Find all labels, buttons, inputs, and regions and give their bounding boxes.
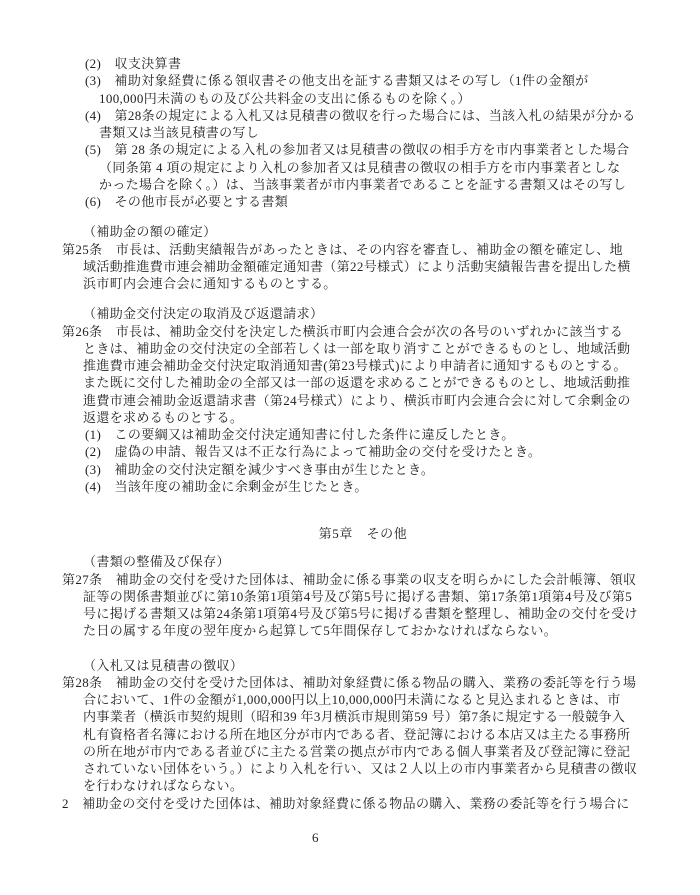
list-item-continuation: かった場合を除く。）は、当該事業者が市内事業者であることを証する書類又はその写し [99, 176, 642, 193]
spacer [62, 542, 642, 553]
section-caption: （補助金交付決定の取消及び返還請求） [83, 305, 642, 322]
section-caption: （補助金の額の確定） [83, 223, 642, 240]
article-continuation: 推進費市連会補助金交付決定取消通知書(第23号様式)により申請者に通知するものと… [83, 357, 642, 374]
article-continuation: 合において、1件の金額が1,000,000円以上10,000,000円未満になる… [83, 691, 642, 708]
spacer [62, 640, 642, 657]
article-continuation: 内事業者（横浜市契約規則（昭和39 年3月横浜市規則第59 号）第7条に規定する… [83, 708, 642, 725]
list-item-continuation: 100,000円未満のもの及び公共料金の支出に係るものを除く。） [99, 90, 642, 107]
list-item: (4) 第28条の規定による入札又は見積書の徴収を行った場合には、当該入札の結果… [85, 107, 642, 124]
list-item: (2) 虚偽の申請、報告又は不正な行為によって補助金の交付を受けたとき。 [85, 443, 642, 460]
article-continuation: 域活動推進費市連会補助金額確定通知書（第22号様式）により活動実績報告書を提出し… [83, 258, 642, 275]
article-continuation: た日の属する年度の翌年度から起算して5年間保存しておかなければならない。 [83, 622, 642, 639]
list-item: (3) 補助金の交付決定額を減少すべき事由が生じたとき。 [85, 461, 642, 478]
article-continuation: ときは、補助金の交付決定の全部若しくは一部を取り消すことができるものとし、地域活… [83, 340, 642, 357]
article-continuation: また既に交付した補助金の全部又は一部の返還を求めることができるものとし、地域活動… [83, 374, 642, 391]
list-item-continuation: （同条第 4 項の規定により入札の参加者又は見積書の徴収の相手方を市内事業者とし… [99, 159, 642, 176]
list-item: (1) この要綱又は補助金交付決定通知書に付した条件に違反したとき。 [85, 426, 642, 443]
spacer [62, 495, 642, 525]
spacer [62, 210, 642, 223]
document-page: (2) 収支決算書 (3) 補助対象経費に係る領収書その他支出を証する書類又はそ… [0, 0, 700, 895]
article-continuation: 号に掲げる書類又は第24条第1項第4号及び第5号に掲げる書類を整理し、補助金の交… [83, 605, 642, 622]
list-item: (2) 収支決算書 [85, 55, 642, 72]
article-line: 第27条 補助金の交付を受けた団体は、補助金に係る事業の収支を明らかにした会計帳… [62, 571, 642, 588]
list-item: (3) 補助対象経費に係る領収書その他支出を証する書類又はその写し（1件の金額が [85, 72, 642, 89]
spacer [62, 292, 642, 305]
list-item-continuation: 書類又は当該見積書の写し [99, 124, 642, 141]
article-line: 第26条 市長は、補助金交付を決定した横浜市町内会連合会が次の各号のいずれかに該… [62, 323, 642, 340]
article-continuation: 返還を求めるものとする。 [83, 409, 642, 426]
article-continuation: の所在地が市内である者並びに主たる営業の拠点が市内である個人事業者及び登記簿に登… [83, 743, 642, 760]
article-continuation: を行わなければならない。 [83, 777, 642, 794]
page-number: 6 [312, 830, 319, 846]
section-caption: （入札又は見積書の徴収） [83, 657, 642, 674]
article-continuation: 証等の関係書類並びに第10条第1項第4号及び第5号に掲げる書類、第17条第1項第… [83, 588, 642, 605]
chapter-heading: 第5章 その他 [62, 525, 642, 542]
article-continuation: されていない団体をいう。）により入札を行い、又は２人以上の市内事業者から見積書の… [83, 760, 642, 777]
article-continuation: 進費市連会補助金返還請求書（第24号様式）により、横浜市町内会連合会に対して余剰… [83, 392, 642, 409]
list-item: (5) 第 28 条の規定による入札の参加者又は見積書の徴収の相手方を市内事業者… [85, 141, 642, 158]
article-line: 第25条 市長は、活動実績報告があったときは、その内容を審査し、補助金の額を確定… [62, 241, 642, 258]
article-continuation: 浜市町内会連合会に通知するものとする。 [83, 275, 642, 292]
list-item: (6) その他市長が必要とする書類 [85, 193, 642, 210]
article-paragraph-2: 2 補助金の交付を受けた団体は、補助対象経費に係る物品の購入、業務の委託等を行う… [62, 795, 642, 812]
article-line: 第28条 補助金の交付を受けた団体は、補助対象経費に係る物品の購入、業務の委託等… [62, 674, 642, 691]
list-item: (4) 当該年度の補助金に余剰金が生じたとき。 [85, 478, 642, 495]
article-continuation: 札有資格者名簿における所在地区分が市内である者、登記簿における本店又は主たる事務… [83, 726, 642, 743]
section-caption: （書類の整備及び保存） [83, 553, 642, 570]
document-body: (2) 収支決算書 (3) 補助対象経費に係る領収書その他支出を証する書類又はそ… [0, 0, 700, 812]
